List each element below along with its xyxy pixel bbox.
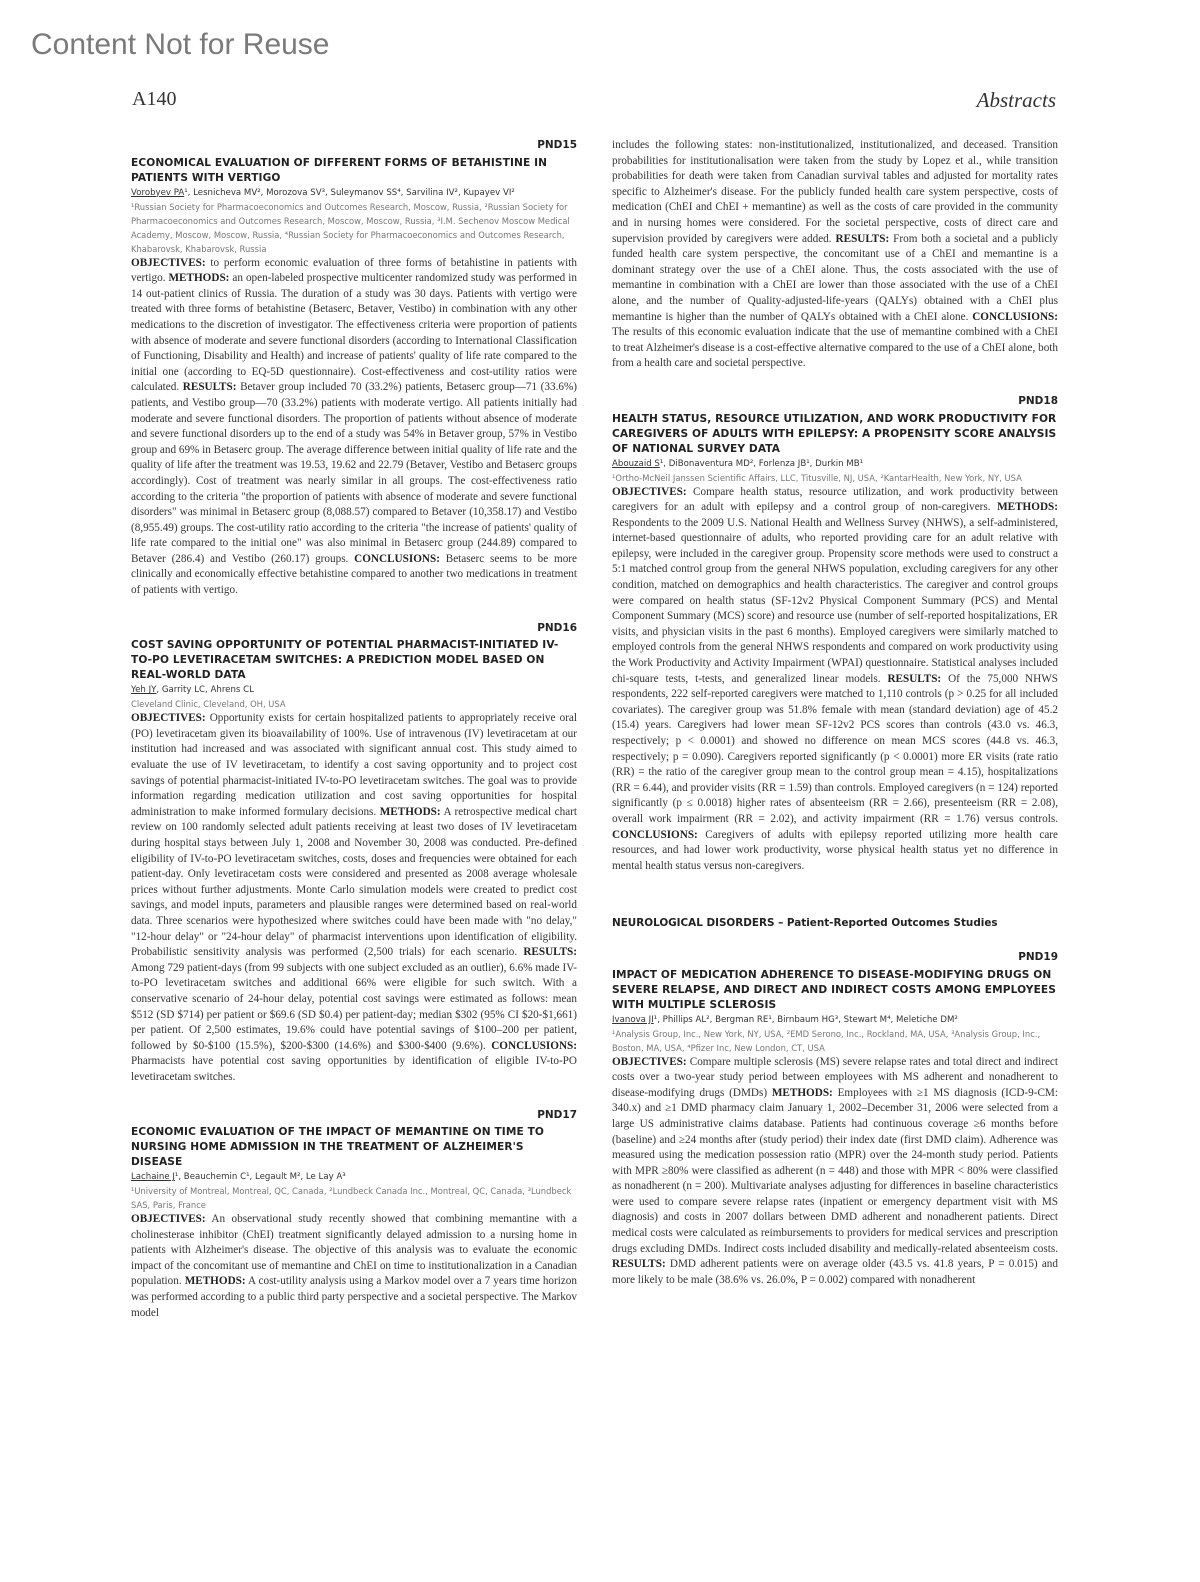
abstract-id: PND15 (131, 138, 577, 154)
section-label: RESULTS: (836, 233, 890, 245)
running-head: Abstracts (977, 88, 1056, 113)
abstract-authors: Ivanova JI¹, Phillips AL², Bergman RE¹, … (612, 1013, 1058, 1027)
section-text: Employees with ≥1 MS diagnosis (ICD-9-CM… (612, 1087, 1058, 1255)
section-text: From both a societal and a publicly fund… (612, 233, 1058, 323)
section-label: RESULTS: (183, 381, 237, 393)
presenting-author: Vorobyev PA (131, 188, 184, 198)
abstract-pnd19: PND19 IMPACT OF MEDICATION ADHERENCE TO … (612, 950, 1058, 1289)
co-authors: , Garrity LC, Ahrens CL (156, 685, 254, 695)
abstract-body: OBJECTIVES: to perform economic evaluati… (131, 256, 577, 599)
abstract-body: includes the following states: non-insti… (612, 138, 1058, 372)
abstract-title: HEALTH STATUS, RESOURCE UTILIZATION, AND… (612, 412, 1058, 457)
abstract-id: PND16 (131, 621, 577, 637)
section-label: OBJECTIVES: (131, 257, 206, 269)
abstract-pnd18: PND18 HEALTH STATUS, RESOURCE UTILIZATIO… (612, 394, 1058, 874)
abstract-affiliations: ¹University of Montreal, Montreal, QC, C… (131, 1184, 577, 1212)
section-label: CONCLUSIONS: (972, 311, 1058, 323)
abstract-body: OBJECTIVES: Opportunity exists for certa… (131, 711, 577, 1085)
section-text: Of the 75,000 NHWS respondents, 222 self… (612, 673, 1058, 825)
section-text: DMD adherent patients were on average ol… (612, 1258, 1058, 1286)
abstract-id: PND18 (612, 394, 1058, 410)
section-text: The results of this economic evaluation … (612, 326, 1058, 369)
co-authors: ¹, DiBonaventura MD², Forlenza JB¹, Durk… (660, 459, 863, 469)
section-label: OBJECTIVES: (612, 486, 687, 498)
section-label: RESULTS: (523, 946, 577, 958)
section-text: Respondents to the 2009 U.S. National He… (612, 517, 1058, 685)
left-column: PND15 ECONOMICAL EVALUATION OF DIFFERENT… (131, 138, 577, 1343)
abstract-authors: Vorobyev PA¹, Lesnicheva MV², Morozova S… (131, 186, 577, 200)
section-text: includes the following states: non-insti… (612, 139, 1058, 245)
abstract-id: PND17 (131, 1108, 577, 1124)
section-label: CONCLUSIONS: (354, 553, 440, 565)
abstract-authors: Abouzaid S¹, DiBonaventura MD², Forlenza… (612, 457, 1058, 471)
right-column: includes the following states: non-insti… (612, 138, 1058, 1310)
abstract-authors: Lachaine J¹, Beauchemin C¹, Legault M², … (131, 1170, 577, 1184)
co-authors: ¹, Phillips AL², Bergman RE¹, Birnbaum H… (654, 1015, 958, 1025)
co-authors: ¹, Lesnicheva MV², Morozova SV³, Suleyma… (184, 188, 515, 198)
abstract-id: PND19 (612, 950, 1058, 966)
abstract-affiliations: Cleveland Clinic, Cleveland, OH, USA (131, 697, 577, 711)
abstract-pnd17: PND17 ECONOMIC EVALUATION OF THE IMPACT … (131, 1108, 577, 1322)
section-label: CONCLUSIONS: (491, 1040, 577, 1052)
abstract-body: OBJECTIVES: An observational study recen… (131, 1212, 577, 1321)
section-text: an open-labeled prospective multicenter … (131, 272, 577, 393)
section-label: OBJECTIVES: (131, 712, 206, 724)
section-label: METHODS: (168, 272, 229, 284)
presenting-author: Lachaine J (131, 1172, 175, 1182)
watermark: Content Not for Reuse (31, 28, 330, 62)
section-label: METHODS: (380, 806, 441, 818)
section-text: A retrospective medical chart review on … (131, 806, 577, 958)
abstract-affiliations: ¹Ortho-McNeil Janssen Scientific Affairs… (612, 471, 1058, 485)
abstract-title: IMPACT OF MEDICATION ADHERENCE TO DISEAS… (612, 968, 1058, 1013)
presenting-author: Ivanova JI (612, 1015, 654, 1025)
abstract-pnd15: PND15 ECONOMICAL EVALUATION OF DIFFERENT… (131, 138, 577, 599)
abstract-pnd16: PND16 COST SAVING OPPORTUNITY OF POTENTI… (131, 621, 577, 1086)
section-label: OBJECTIVES: (131, 1213, 206, 1225)
section-label: RESULTS: (612, 1258, 666, 1270)
abstract-body: OBJECTIVES: Compare multiple sclerosis (… (612, 1055, 1058, 1289)
abstract-title: ECONOMICAL EVALUATION OF DIFFERENT FORMS… (131, 156, 577, 186)
abstract-title: COST SAVING OPPORTUNITY OF POTENTIAL PHA… (131, 638, 577, 683)
presenting-author: Abouzaid S (612, 459, 660, 469)
section-label: METHODS: (185, 1275, 246, 1287)
abstract-pnd17-continued: includes the following states: non-insti… (612, 138, 1058, 372)
abstract-affiliations: ¹Analysis Group, Inc., New York, NY, USA… (612, 1027, 1058, 1055)
abstract-authors: Yeh JY, Garrity LC, Ahrens CL (131, 683, 577, 697)
section-label: RESULTS: (887, 673, 941, 685)
section-text: Pharmacists have potential cost saving o… (131, 1055, 577, 1083)
section-text: Opportunity exists for certain hospitali… (131, 712, 577, 818)
section-text: Betaver group included 70 (33.2%) patien… (131, 381, 577, 565)
presenting-author: Yeh JY (131, 685, 156, 695)
section-label: OBJECTIVES: (612, 1056, 687, 1068)
page-number: A140 (132, 88, 176, 111)
abstract-title: ECONOMIC EVALUATION OF THE IMPACT OF MEM… (131, 1125, 577, 1170)
abstract-affiliations: ¹Russian Society for Pharmacoeconomics a… (131, 200, 577, 256)
section-heading: NEUROLOGICAL DISORDERS – Patient-Reporte… (612, 916, 1058, 932)
section-text: Among 729 patient-days (from 99 subjects… (131, 962, 577, 1052)
section-label: METHODS: (997, 501, 1058, 513)
co-authors: ¹, Beauchemin C¹, Legault M², Le Lay A³ (175, 1172, 346, 1182)
abstract-body: OBJECTIVES: Compare health status, resou… (612, 485, 1058, 875)
section-label: CONCLUSIONS: (612, 829, 698, 841)
section-label: METHODS: (772, 1087, 833, 1099)
